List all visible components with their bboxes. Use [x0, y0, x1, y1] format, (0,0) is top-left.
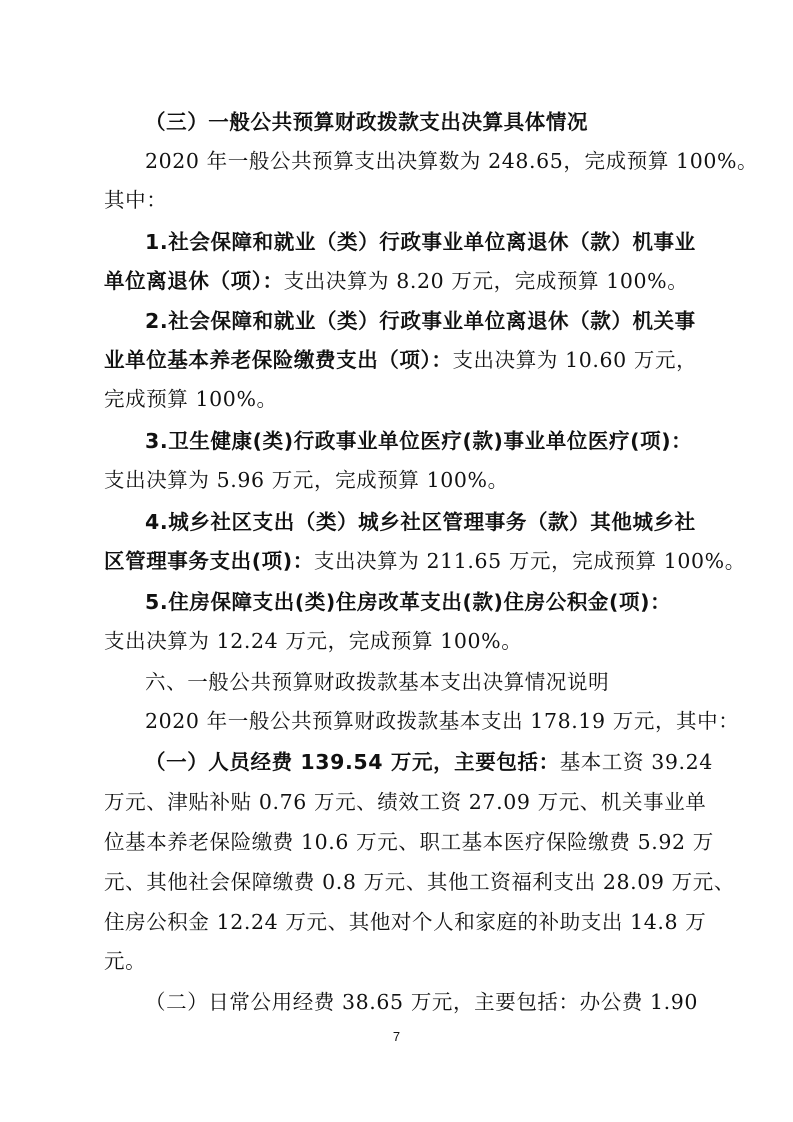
item-4-line-1: 4.城乡社区支出（类）城乡社区管理事务（款）其他城乡社 — [145, 504, 705, 540]
item-1-label: 单位离退休（项）： — [104, 269, 284, 293]
item-2-line-2: 业单位基本养老保险缴费支出（项）：支出决算为 10.60 万元， — [104, 342, 704, 378]
personnel-tail: 基本工资 39.24 — [560, 750, 713, 774]
item-5-line-2: 支出决算为 12.24 万元，完成预算 100%。 — [104, 623, 704, 659]
personnel-label: （一）人员经费 139.54 万元，主要包括： — [145, 750, 560, 774]
section6-intro: 2020 年一般公共预算财政拨款基本支出 178.19 万元，其中： — [145, 703, 705, 739]
item-4-line-2: 区管理事务支出(项)：支出决算为 211.65 万元，完成预算 100%。 — [104, 543, 704, 579]
document-page: （三）一般公共预算财政拨款支出决算具体情况 2020 年一般公共预算支出决算数为… — [0, 0, 793, 1122]
personnel-line-4: 元、其他社会保障缴费 0.8 万元、其他工资福利支出 28.09 万元、 — [104, 864, 704, 900]
intro-line-2: 其中： — [104, 182, 704, 218]
personnel-line-2: 万元、津贴补贴 0.76 万元、绩效工资 27.09 万元、机关事业单 — [104, 784, 704, 820]
item-4-label: 区管理事务支出(项)： — [104, 549, 314, 573]
personnel-line-5: 住房公积金 12.24 万元、其他对个人和家庭的补助支出 14.8 万 — [104, 904, 704, 940]
item-3-line-2: 支出决算为 5.96 万元，完成预算 100%。 — [104, 462, 704, 498]
item-1-line-2: 单位离退休（项）：支出决算为 8.20 万元，完成预算 100%。 — [104, 263, 704, 299]
section-title: （三）一般公共预算财政拨款支出决算具体情况 — [145, 104, 705, 140]
personnel-line-6: 元。 — [104, 943, 704, 979]
item-4-value: 支出决算为 211.65 万元，完成预算 100%。 — [314, 549, 746, 573]
item-3-line-1: 3.卫生健康(类)行政事业单位医疗(款)事业单位医疗(项)： — [145, 423, 705, 459]
item-5-line-1: 5.住房保障支出(类)住房改革支出(款)住房公积金(项)： — [145, 584, 705, 620]
item-2-value: 支出决算为 10.60 万元， — [452, 348, 697, 372]
item-2-label: 业单位基本养老保险缴费支出（项）： — [104, 348, 452, 372]
item-1-line-1: 1.社会保障和就业（类）行政事业单位离退休（款）机事业 — [145, 224, 705, 260]
item-2-line-3: 完成预算 100%。 — [104, 381, 704, 417]
page-number: 7 — [0, 1029, 793, 1044]
personnel-line-3: 位基本养老保险缴费 10.6 万元、职工基本医疗保险缴费 5.92 万 — [104, 824, 704, 860]
public-expense-line: （二）日常公用经费 38.65 万元，主要包括：办公费 1.90 — [145, 984, 705, 1020]
intro-line-1: 2020 年一般公共预算支出决算数为 248.65，完成预算 100%。 — [145, 143, 705, 179]
personnel-line-1: （一）人员经费 139.54 万元，主要包括：基本工资 39.24 — [145, 744, 705, 780]
section6-title: 六、一般公共预算财政拨款基本支出决算情况说明 — [145, 664, 705, 700]
item-2-line-1: 2.社会保障和就业（类）行政事业单位离退休（款）机关事 — [145, 303, 705, 339]
item-1-value: 支出决算为 8.20 万元，完成预算 100%。 — [284, 269, 689, 293]
